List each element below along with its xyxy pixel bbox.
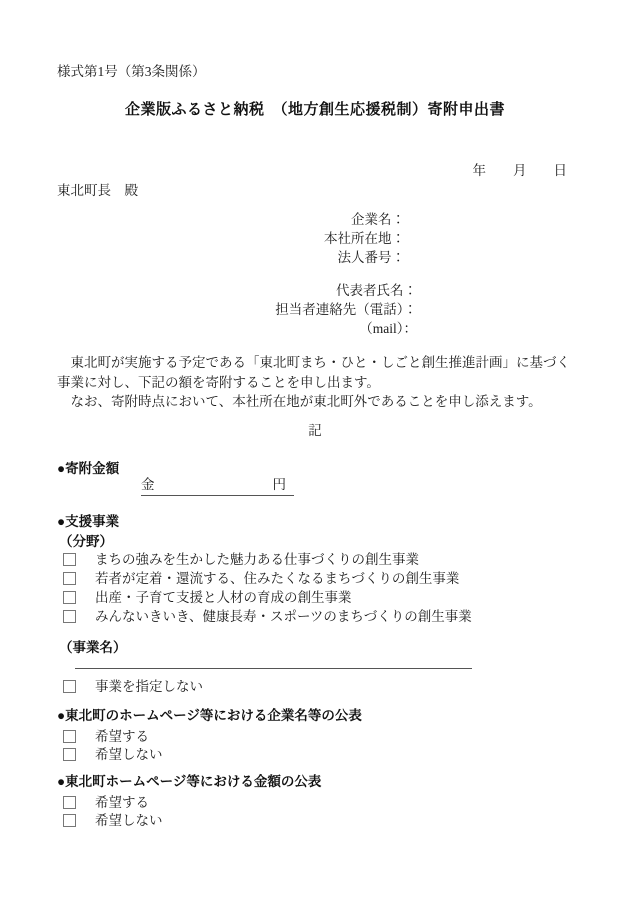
corporate-number-label: 法人番号： — [0, 248, 405, 267]
publication-amount-option-yes: 希望する — [63, 795, 149, 811]
field-label-2: 若者が定着・還流する、住みたくなるまちづくりの創生事業 — [95, 571, 459, 587]
no-project-label: 事業を指定しない — [95, 679, 203, 695]
amount-prefix: 金 — [141, 477, 155, 493]
support-project-heading: ●支援事業 — [57, 514, 119, 530]
ki-marker: 記 — [0, 423, 630, 439]
field-row-2: 若者が定着・還流する、住みたくなるまちづくりの創生事業 — [63, 571, 459, 587]
field-row-1: まちの強みを生かした魅力ある仕事づくりの創生事業 — [63, 552, 419, 568]
publication-amount-no-checkbox[interactable] — [63, 814, 76, 827]
form-number: 様式第1号（第3条関係） — [57, 64, 206, 80]
field-checkbox-3[interactable] — [63, 591, 76, 604]
publication-amount-option-no: 希望しない — [63, 813, 163, 829]
field-checkbox-1[interactable] — [63, 553, 76, 566]
field-label-1: まちの強みを生かした魅力ある仕事づくりの創生事業 — [95, 552, 419, 568]
contact-phone-label: 担当者連絡先（電話）： — [0, 300, 417, 319]
no-project-row: 事業を指定しない — [63, 679, 203, 695]
publication-company-option-no: 希望しない — [63, 747, 163, 763]
field-row-3: 出産・子育て支援と人材の育成の創生事業 — [63, 590, 352, 606]
company-info-group-2: 代表者氏名： 担当者連絡先（電話）： （mail）： — [0, 281, 417, 338]
body-paragraph-2: なお、寄附時点において、本社所在地が東北町外であることを申し添えます。 — [57, 392, 577, 412]
field-row-4: みんないきいき、健康長寿・スポーツのまちづくりの創生事業 — [63, 609, 472, 625]
head-office-address-label: 本社所在地： — [0, 229, 405, 248]
contact-mail-label: （mail）： — [0, 319, 417, 338]
publication-amount-yes-checkbox[interactable] — [63, 796, 76, 809]
amount-input-line[interactable] — [155, 488, 273, 489]
no-project-checkbox[interactable] — [63, 680, 76, 693]
field-checkbox-2[interactable] — [63, 572, 76, 585]
category-label: （分野） — [59, 534, 113, 550]
donation-application-form: 様式第1号（第3条関係） 企業版ふるさと納税 （地方創生応援税制）寄附申出書 年… — [0, 0, 630, 903]
publication-amount-no-label: 希望しない — [95, 813, 163, 829]
representative-name-label: 代表者氏名： — [0, 281, 417, 300]
publication-company-yes-label: 希望する — [95, 729, 149, 745]
publication-company-yes-checkbox[interactable] — [63, 730, 76, 743]
body-paragraph-1: 東北町が実施する予定である「東北町まち・ひと・しごと創生推進計画」に基づく事業に… — [57, 353, 577, 392]
donation-amount-heading: ●寄附金額 — [57, 461, 119, 477]
publication-company-option-yes: 希望する — [63, 729, 149, 745]
publication-amount-yes-label: 希望する — [95, 795, 149, 811]
date-line: 年 月 日 — [473, 163, 568, 179]
field-label-4: みんないきいき、健康長寿・スポーツのまちづくりの創生事業 — [95, 609, 472, 625]
publication-company-no-label: 希望しない — [95, 747, 163, 763]
project-name-input-line[interactable] — [75, 653, 472, 669]
field-label-3: 出産・子育て支援と人材の育成の創生事業 — [95, 590, 352, 606]
donation-amount-row: 金円 — [141, 477, 294, 496]
page-title: 企業版ふるさと納税 （地方創生応援税制）寄附申出書 — [0, 101, 630, 118]
donation-amount-field: 金円 — [141, 477, 294, 496]
publication-amount-heading: ●東北町ホームページ等における金額の公表 — [57, 774, 321, 790]
publication-company-heading: ●東北町のホームページ等における企業名等の公表 — [57, 708, 362, 724]
publication-company-no-checkbox[interactable] — [63, 748, 76, 761]
company-name-label: 企業名： — [0, 210, 405, 229]
field-checkbox-4[interactable] — [63, 610, 76, 623]
company-info-group-1: 企業名： 本社所在地： 法人番号： — [0, 210, 405, 267]
amount-suffix: 円 — [273, 477, 287, 493]
addressee: 東北町長 殿 — [57, 183, 138, 199]
